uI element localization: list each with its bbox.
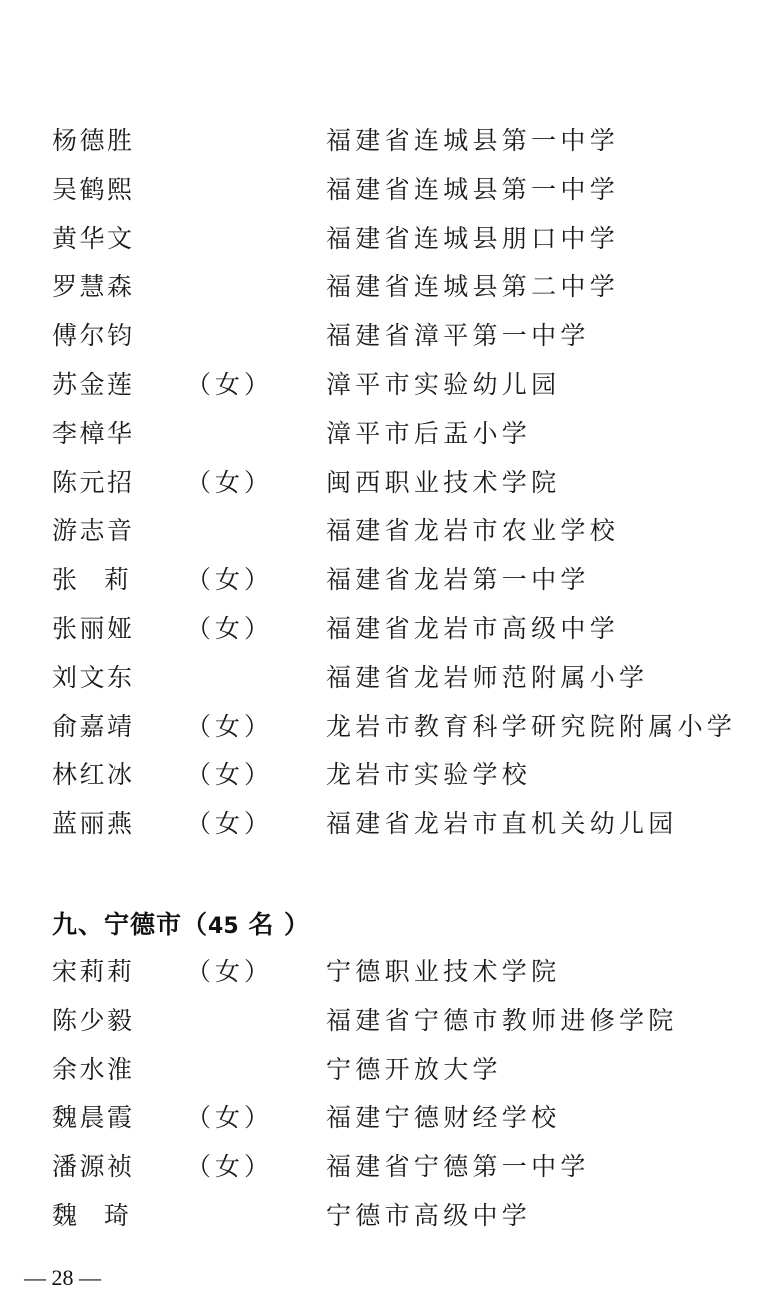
person-name: 魏晨霞 <box>52 1103 135 1133</box>
person-name: 林红冰 <box>52 760 135 790</box>
person-name: 游志音 <box>52 516 135 546</box>
person-name: 罗慧森 <box>52 272 135 302</box>
institution: 宁德职业技术学院 <box>326 957 560 987</box>
institution: 福建省宁德市教师进修学院 <box>326 1006 678 1036</box>
gender-note: （女） <box>186 614 273 644</box>
gender-note: （女） <box>186 957 273 987</box>
person-name: 余水淮 <box>52 1055 135 1085</box>
list-item: 魏琦 宁德市高级中学 <box>0 1201 761 1250</box>
institution: 龙岩市实验学校 <box>326 760 531 790</box>
list-item: 余水淮 宁德开放大学 <box>0 1055 761 1104</box>
institution: 福建省龙岩市高级中学 <box>326 614 619 644</box>
list-item: 魏晨霞 （女） 福建宁德财经学校 <box>0 1103 761 1152</box>
institution: 龙岩市教育科学研究院附属小学 <box>326 712 736 742</box>
person-name: 杨德胜 <box>52 126 135 156</box>
list-item: 游志音 福建省龙岩市农业学校 <box>0 516 761 565</box>
person-name: 宋莉莉 <box>52 957 135 987</box>
section-heading: 九、宁德市（45 名 ） <box>52 909 310 943</box>
gender-note: （女） <box>186 760 273 790</box>
institution: 福建省连城县第一中学 <box>326 126 619 156</box>
list-item: 蓝丽燕 （女） 福建省龙岩市直机关幼儿园 <box>0 809 761 858</box>
person-name: 张丽娅 <box>52 614 135 644</box>
list-item: 苏金莲 （女） 漳平市实验幼儿园 <box>0 370 761 419</box>
person-name: 潘源祯 <box>52 1152 135 1182</box>
list-item: 罗慧森 福建省连城县第二中学 <box>0 272 761 321</box>
institution: 漳平市后盂小学 <box>326 419 531 449</box>
gender-note: （女） <box>186 809 273 839</box>
gender-note: （女） <box>186 468 273 498</box>
institution: 宁德市高级中学 <box>326 1201 531 1231</box>
person-name: 陈少毅 <box>52 1006 135 1036</box>
person-name: 张莉 <box>52 565 156 595</box>
section-count: 45 <box>208 914 239 939</box>
list-item: 杨德胜 福建省连城县第一中学 <box>0 126 761 175</box>
institution: 福建省连城县朋口中学 <box>326 224 619 254</box>
person-name: 刘文东 <box>52 663 135 693</box>
institution: 福建省龙岩市农业学校 <box>326 516 619 546</box>
person-name: 吴鹤熙 <box>52 175 135 205</box>
institution: 宁德开放大学 <box>326 1055 502 1085</box>
institution: 漳平市实验幼儿园 <box>326 370 560 400</box>
list-item: 吴鹤熙 福建省连城县第一中学 <box>0 175 761 224</box>
person-name: 李樟华 <box>52 419 135 449</box>
institution: 福建宁德财经学校 <box>326 1103 560 1133</box>
institution: 福建省连城县第二中学 <box>326 272 619 302</box>
person-name: 苏金莲 <box>52 370 135 400</box>
list-item: 黄华文 福建省连城县朋口中学 <box>0 224 761 273</box>
person-name: 蓝丽燕 <box>52 809 135 839</box>
list-item: 陈少毅 福建省宁德市教师进修学院 <box>0 1006 761 1055</box>
person-name: 黄华文 <box>52 224 135 254</box>
list-item: 陈元招 （女） 闽西职业技术学院 <box>0 468 761 517</box>
person-name: 傅尔钧 <box>52 321 135 351</box>
person-name: 俞嘉靖 <box>52 712 135 742</box>
list-item: 李樟华 漳平市后盂小学 <box>0 419 761 468</box>
gender-note: （女） <box>186 370 273 400</box>
person-name: 魏琦 <box>52 1201 156 1231</box>
list-item: 林红冰 （女） 龙岩市实验学校 <box>0 760 761 809</box>
gender-note: （女） <box>186 1152 273 1182</box>
list-item: 宋莉莉 （女） 宁德职业技术学院 <box>0 957 761 1006</box>
gender-note: （女） <box>186 712 273 742</box>
document-page: 杨德胜 福建省连城县第一中学 吴鹤熙 福建省连城县第一中学 黄华文 福建省连城县… <box>0 0 761 1304</box>
list-item: 张莉 （女） 福建省龙岩第一中学 <box>0 565 761 614</box>
institution: 福建省龙岩师范附属小学 <box>326 663 648 693</box>
person-name: 陈元招 <box>52 468 135 498</box>
gender-note: （女） <box>186 565 273 595</box>
page-number: — 28 — <box>24 1264 101 1292</box>
gender-note: （女） <box>186 1103 273 1133</box>
institution: 福建省漳平第一中学 <box>326 321 590 351</box>
list-item: 张丽娅 （女） 福建省龙岩市高级中学 <box>0 614 761 663</box>
institution: 福建省连城县第一中学 <box>326 175 619 205</box>
section-count-suffix: 名 ） <box>239 910 310 939</box>
institution: 福建省宁德第一中学 <box>326 1152 590 1182</box>
list-item: 俞嘉靖 （女） 龙岩市教育科学研究院附属小学 <box>0 712 761 761</box>
institution: 福建省龙岩第一中学 <box>326 565 590 595</box>
list-item: 刘文东 福建省龙岩师范附属小学 <box>0 663 761 712</box>
section-heading-title: 九、宁德市（ <box>52 910 208 939</box>
institution: 闽西职业技术学院 <box>326 468 560 498</box>
list-item: 潘源祯 （女） 福建省宁德第一中学 <box>0 1152 761 1201</box>
list-item: 傅尔钧 福建省漳平第一中学 <box>0 321 761 370</box>
institution: 福建省龙岩市直机关幼儿园 <box>326 809 678 839</box>
